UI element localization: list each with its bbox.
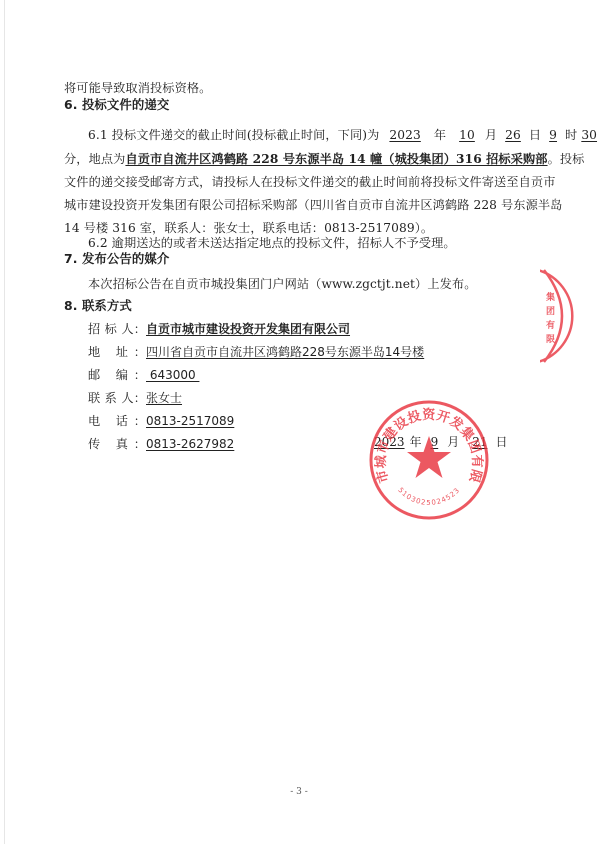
- contact-row-tenderer: 招 标 人： 自贡市城市建设投资开发集团有限公司: [88, 321, 350, 337]
- date-month: 9: [425, 434, 445, 450]
- month-unit: 月: [485, 128, 497, 142]
- contact-row-address: 地 址： 四川省自贡市自流井区鸿鹤路228号东源半岛14号楼: [88, 344, 424, 360]
- deadline-month: 10: [449, 127, 485, 143]
- svg-text:限: 限: [546, 333, 555, 345]
- svg-text:团: 团: [546, 305, 555, 317]
- contact-row-fax: 传 真： 0813-2627982: [88, 436, 234, 452]
- line2-tail: 。投标: [548, 152, 585, 166]
- page-number: - 3 -: [0, 787, 598, 797]
- signature-date: 2023年9月21日: [372, 434, 508, 450]
- official-seal-icon: 自贡市城市建设投资开发集团有限公司 5103025024523: [367, 398, 491, 522]
- contact-value: 0813-2627982: [146, 436, 234, 452]
- svg-text:有: 有: [546, 319, 555, 331]
- seal-code: 5103025024523: [396, 486, 461, 507]
- paragraph-6-2: 6.2 逾期送达的或者未送达指定地点的投标文件，招标人不予受理。: [88, 235, 456, 251]
- deadline-year: 2023: [379, 127, 430, 143]
- p61-prefix: 6.1 投标文件递交的截止时间(投标截止时间，下同)为: [88, 128, 379, 142]
- section-6-heading: 6. 投标文件的递交: [64, 97, 169, 113]
- deadline-hour: 9: [541, 127, 565, 143]
- contact-label: 地 址：: [88, 344, 146, 360]
- contact-value: 四川省自贡市自流井区鸿鹤路228号东源半岛14号楼: [146, 344, 424, 360]
- date-day-unit: 日: [496, 435, 508, 449]
- deadline-minute: 30: [577, 127, 598, 143]
- submission-location: 自贡市自流井区鸿鹤路 228 号东源半岛 14 幢（城投集团）316 招标采购部: [125, 152, 547, 166]
- carryover-text: 将可能导致取消投标资格。: [64, 80, 211, 96]
- day-unit: 日: [529, 128, 541, 142]
- paragraph-6-1-line-3: 文件的递交接受邮寄方式，请投标人在投标文件递交的截止时间前将投标文件寄送至自贡市: [64, 174, 556, 190]
- paragraph-6-1-line-4: 城市建设投资开发集团有限公司招标采购部（四川省自贡市自流井区鸿鹤路 228 号东…: [64, 197, 562, 213]
- contact-row-contact-person: 联 系 人： 张女士: [88, 390, 182, 406]
- contact-value: 张女士: [146, 390, 182, 406]
- page-edge: [4, 0, 5, 844]
- year-unit: 年: [434, 128, 446, 142]
- minute-unit: 分，地点为: [64, 152, 125, 166]
- svg-text:集: 集: [546, 291, 555, 303]
- svg-text:5103025024523: 5103025024523: [396, 486, 461, 507]
- section-7-body: 本次招标公告在自贡市城投集团门户网站（www.zgctjt.net）上发布。: [88, 276, 476, 292]
- partial-seal-icon: 集 团 有 限: [540, 266, 598, 366]
- section-7-heading: 7. 发布公告的媒介: [64, 251, 169, 267]
- paragraph-6-1-line-5: 14 号楼 316 室，联系人：张女士，联系电话：0813-2517089）。: [64, 220, 433, 236]
- date-year-unit: 年: [410, 435, 422, 449]
- contact-value: 自贡市城市建设投资开发集团有限公司: [146, 321, 350, 337]
- paragraph-6-1-line-1: 6.1 投标文件递交的截止时间(投标截止时间，下同)为2023年10月26日9时…: [88, 127, 598, 143]
- deadline-day: 26: [497, 127, 529, 143]
- contact-row-postcode: 邮 编： 643000: [88, 367, 199, 383]
- contact-label: 电 话：: [88, 413, 146, 429]
- contact-label: 招 标 人：: [88, 321, 146, 337]
- hour-unit: 时: [565, 128, 577, 142]
- contact-label: 传 真：: [88, 436, 146, 452]
- date-month-unit: 月: [447, 435, 459, 449]
- contact-label: 邮 编：: [88, 367, 146, 383]
- date-year: 2023: [372, 434, 407, 450]
- contact-value: 643000: [146, 367, 199, 383]
- contact-value: 0813-2517089: [146, 413, 234, 429]
- paragraph-6-1-line-2: 分，地点为自贡市自流井区鸿鹤路 228 号东源半岛 14 幢（城投集团）316 …: [64, 151, 584, 167]
- contact-row-phone: 电 话： 0813-2517089: [88, 413, 234, 429]
- section-8-heading: 8. 联系方式: [64, 298, 132, 314]
- date-day: 21: [462, 434, 495, 450]
- contact-label: 联 系 人：: [88, 390, 146, 406]
